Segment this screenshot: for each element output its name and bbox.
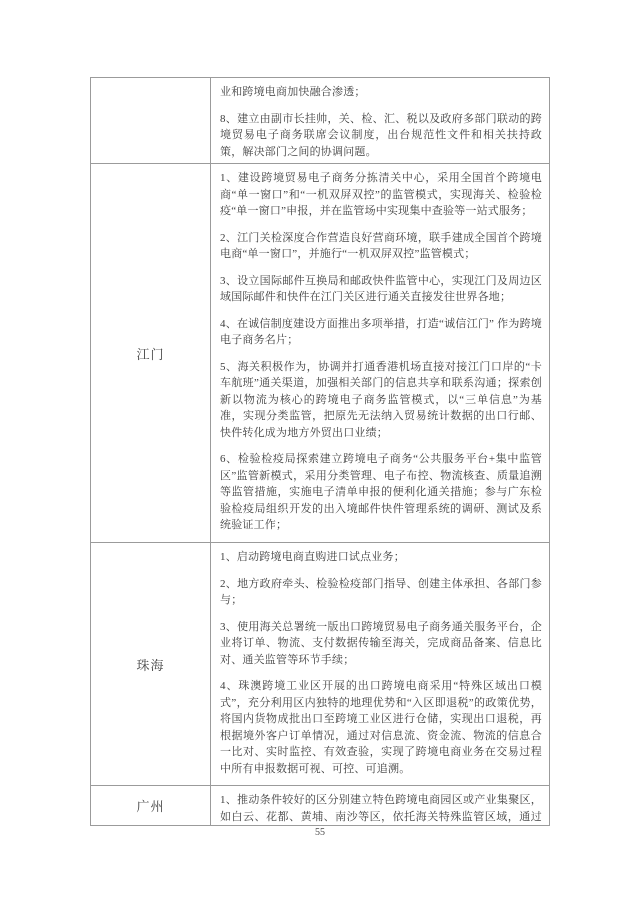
row-content-cell: 1、启动跨境电商直购进口试点业务； 2、地方政府牵头、检验检疫部门指导、创建主体… — [211, 543, 549, 785]
paragraph: 1、启动跨境电商直购进口试点业务； — [220, 549, 542, 566]
paragraph: 5、海关积极作为，协调并打通香港机场直接对接江门口岸的“卡车航班”通关渠道，加强… — [220, 359, 542, 442]
table-row: 业和跨境电商加快融合渗透； 8、建立由副市长挂帅，关、检、汇、税以及政府多部门联… — [91, 78, 549, 164]
city-label: 广州 — [136, 796, 164, 815]
paragraph: 1、推动条件较好的区分别建立特色跨境电商园区或产业集聚区，如白云、花都、黄埔、南… — [220, 792, 542, 825]
table-row: 广州 1、推动条件较好的区分别建立特色跨境电商园区或产业集聚区，如白云、花都、黄… — [91, 786, 549, 825]
document-page: 业和跨境电商加快融合渗透； 8、建立由副市长挂帅，关、检、汇、税以及政府多部门联… — [0, 0, 640, 905]
city-label: 珠海 — [136, 655, 164, 674]
city-label-cell: 广州 — [91, 786, 211, 825]
row-content-cell: 1、推动条件较好的区分别建立特色跨境电商园区或产业集聚区，如白云、花都、黄埔、南… — [211, 786, 549, 825]
table-row: 江门 1、建设跨境贸易电子商务分拣清关中心，采用全国首个跨境电商“单一窗口”和“… — [91, 164, 549, 543]
city-label-cell: 珠海 — [91, 543, 211, 785]
paragraph: 3、设立国际邮件互换局和邮政快件监管中心，实现江门及周边区域国际邮件和快件在江门… — [220, 273, 542, 306]
paragraph: 8、建立由副市长挂帅，关、检、汇、税以及政府多部门联动的跨境贸易电子商务联席会议… — [220, 111, 542, 161]
paragraph: 4、珠澳跨境工业区开展的出口跨境电商采用“特殊区域出口模式”，充分利用区内独特的… — [220, 678, 542, 777]
paragraph: 1、建设跨境贸易电子商务分拣清关中心，采用全国首个跨境电商“单一窗口”和“一机双… — [220, 170, 542, 220]
table-row: 珠海 1、启动跨境电商直购进口试点业务； 2、地方政府牵头、检验检疫部门指导、创… — [91, 543, 549, 786]
city-label: 江门 — [136, 344, 164, 363]
row-content-cell: 业和跨境电商加快融合渗透； 8、建立由副市长挂帅，关、检、汇、税以及政府多部门联… — [211, 78, 549, 163]
paragraph: 2、江门关检深度合作营造良好营商环境，联手建成全国首个跨境电商“单一窗口”，并施… — [220, 230, 542, 263]
paragraph: 3、使用海关总署统一版出口跨境贸易电子商务通关服务平台，企业将订单、物流、支付数… — [220, 619, 542, 669]
paragraph: 业和跨境电商加快融合渗透； — [220, 84, 542, 101]
page-number: 55 — [0, 827, 640, 838]
paragraph: 4、在诚信制度建设方面推出多项举措，打造“诚信江门” 作为跨境电子商务名片； — [220, 316, 542, 349]
city-label-cell: 江门 — [91, 164, 211, 542]
city-label-cell — [91, 78, 211, 163]
row-content-cell: 1、建设跨境贸易电子商务分拣清关中心，采用全国首个跨境电商“单一窗口”和“一机双… — [211, 164, 549, 542]
paragraph: 2、地方政府牵头、检验检疫部门指导、创建主体承担、各部门参与； — [220, 576, 542, 609]
policy-table: 业和跨境电商加快融合渗透； 8、建立由副市长挂帅，关、检、汇、税以及政府多部门联… — [90, 77, 550, 826]
paragraph: 6、检验检疫局探索建立跨境电子商务“公共服务平台+集中监管区”监管新模式，采用分… — [220, 451, 542, 534]
